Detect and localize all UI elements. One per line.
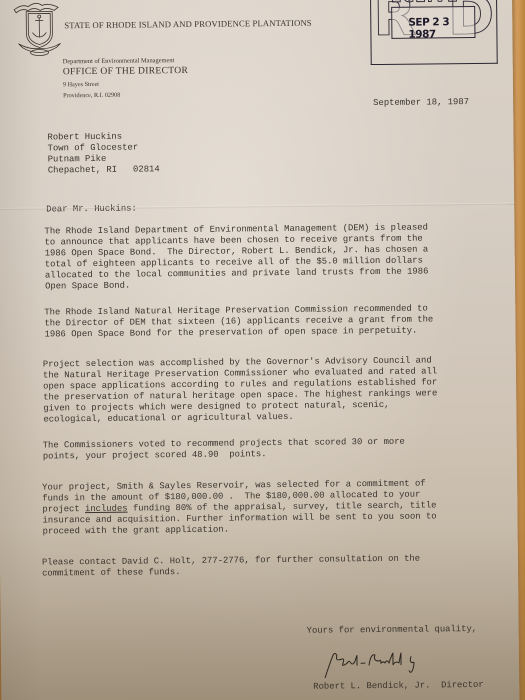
department-block: Department of Environmental Management O… xyxy=(63,58,189,100)
paragraph-project-score: The Commissioners voted to recommend pro… xyxy=(43,437,405,463)
recipient-name: Robert Huckins xyxy=(47,132,122,143)
closing: Yours for environmental quality, xyxy=(307,624,478,637)
office-city: Providence, R.I. 02908 xyxy=(63,92,188,100)
paragraph-grants-announcement: The Rhode Island Department of Environme… xyxy=(44,222,428,293)
document-photo: STATE OF RHODE ISLAND AND PROVIDENCE PLA… xyxy=(0,0,525,700)
funding-underlined-word: includes xyxy=(85,504,128,514)
state-seal-icon xyxy=(8,0,71,58)
signer-line: Robert L. Bendick, Jr. Director xyxy=(313,680,484,693)
salutation: Dear Mr. Huckins: xyxy=(46,204,137,216)
handwritten-signature xyxy=(319,646,429,682)
paragraph-contact: Please contact David C. Holt, 277-2776, … xyxy=(42,554,420,580)
recipient-city: Chepachet, RI 02814 xyxy=(48,165,160,176)
stamp-date-box: SEP 2 3 1987 xyxy=(391,6,475,39)
paragraph-funding-commitment: Your project, Smith & Sayles Reservoir, … xyxy=(42,478,437,538)
department-name: Department of Environmental Management xyxy=(63,58,188,66)
recipient-org: Town of Glocester xyxy=(48,143,139,154)
office-street: 9 Hayes Street xyxy=(63,81,188,89)
paragraph-project-selection: Project selection was accomplished by th… xyxy=(43,355,438,426)
letter-page: STATE OF RHODE ISLAND AND PROVIDENCE PLA… xyxy=(0,0,519,700)
recipient-address: Robert Huckins Town of Glocester Putnam … xyxy=(47,131,159,177)
letter-date: September 18, 1987 xyxy=(373,97,469,109)
office-name: OFFICE OF THE DIRECTOR xyxy=(63,66,188,77)
state-title: STATE OF RHODE ISLAND AND PROVIDENCE PLA… xyxy=(64,18,312,31)
paragraph-commission-recommendation: The Rhode Island Natural Heritage Preser… xyxy=(44,303,433,340)
stamp-date: SEP 2 3 1987 xyxy=(408,16,474,41)
recipient-street: Putnam Pike xyxy=(48,154,107,165)
received-stamp: R ECEIVE D SEP 2 3 1987 xyxy=(370,0,498,65)
